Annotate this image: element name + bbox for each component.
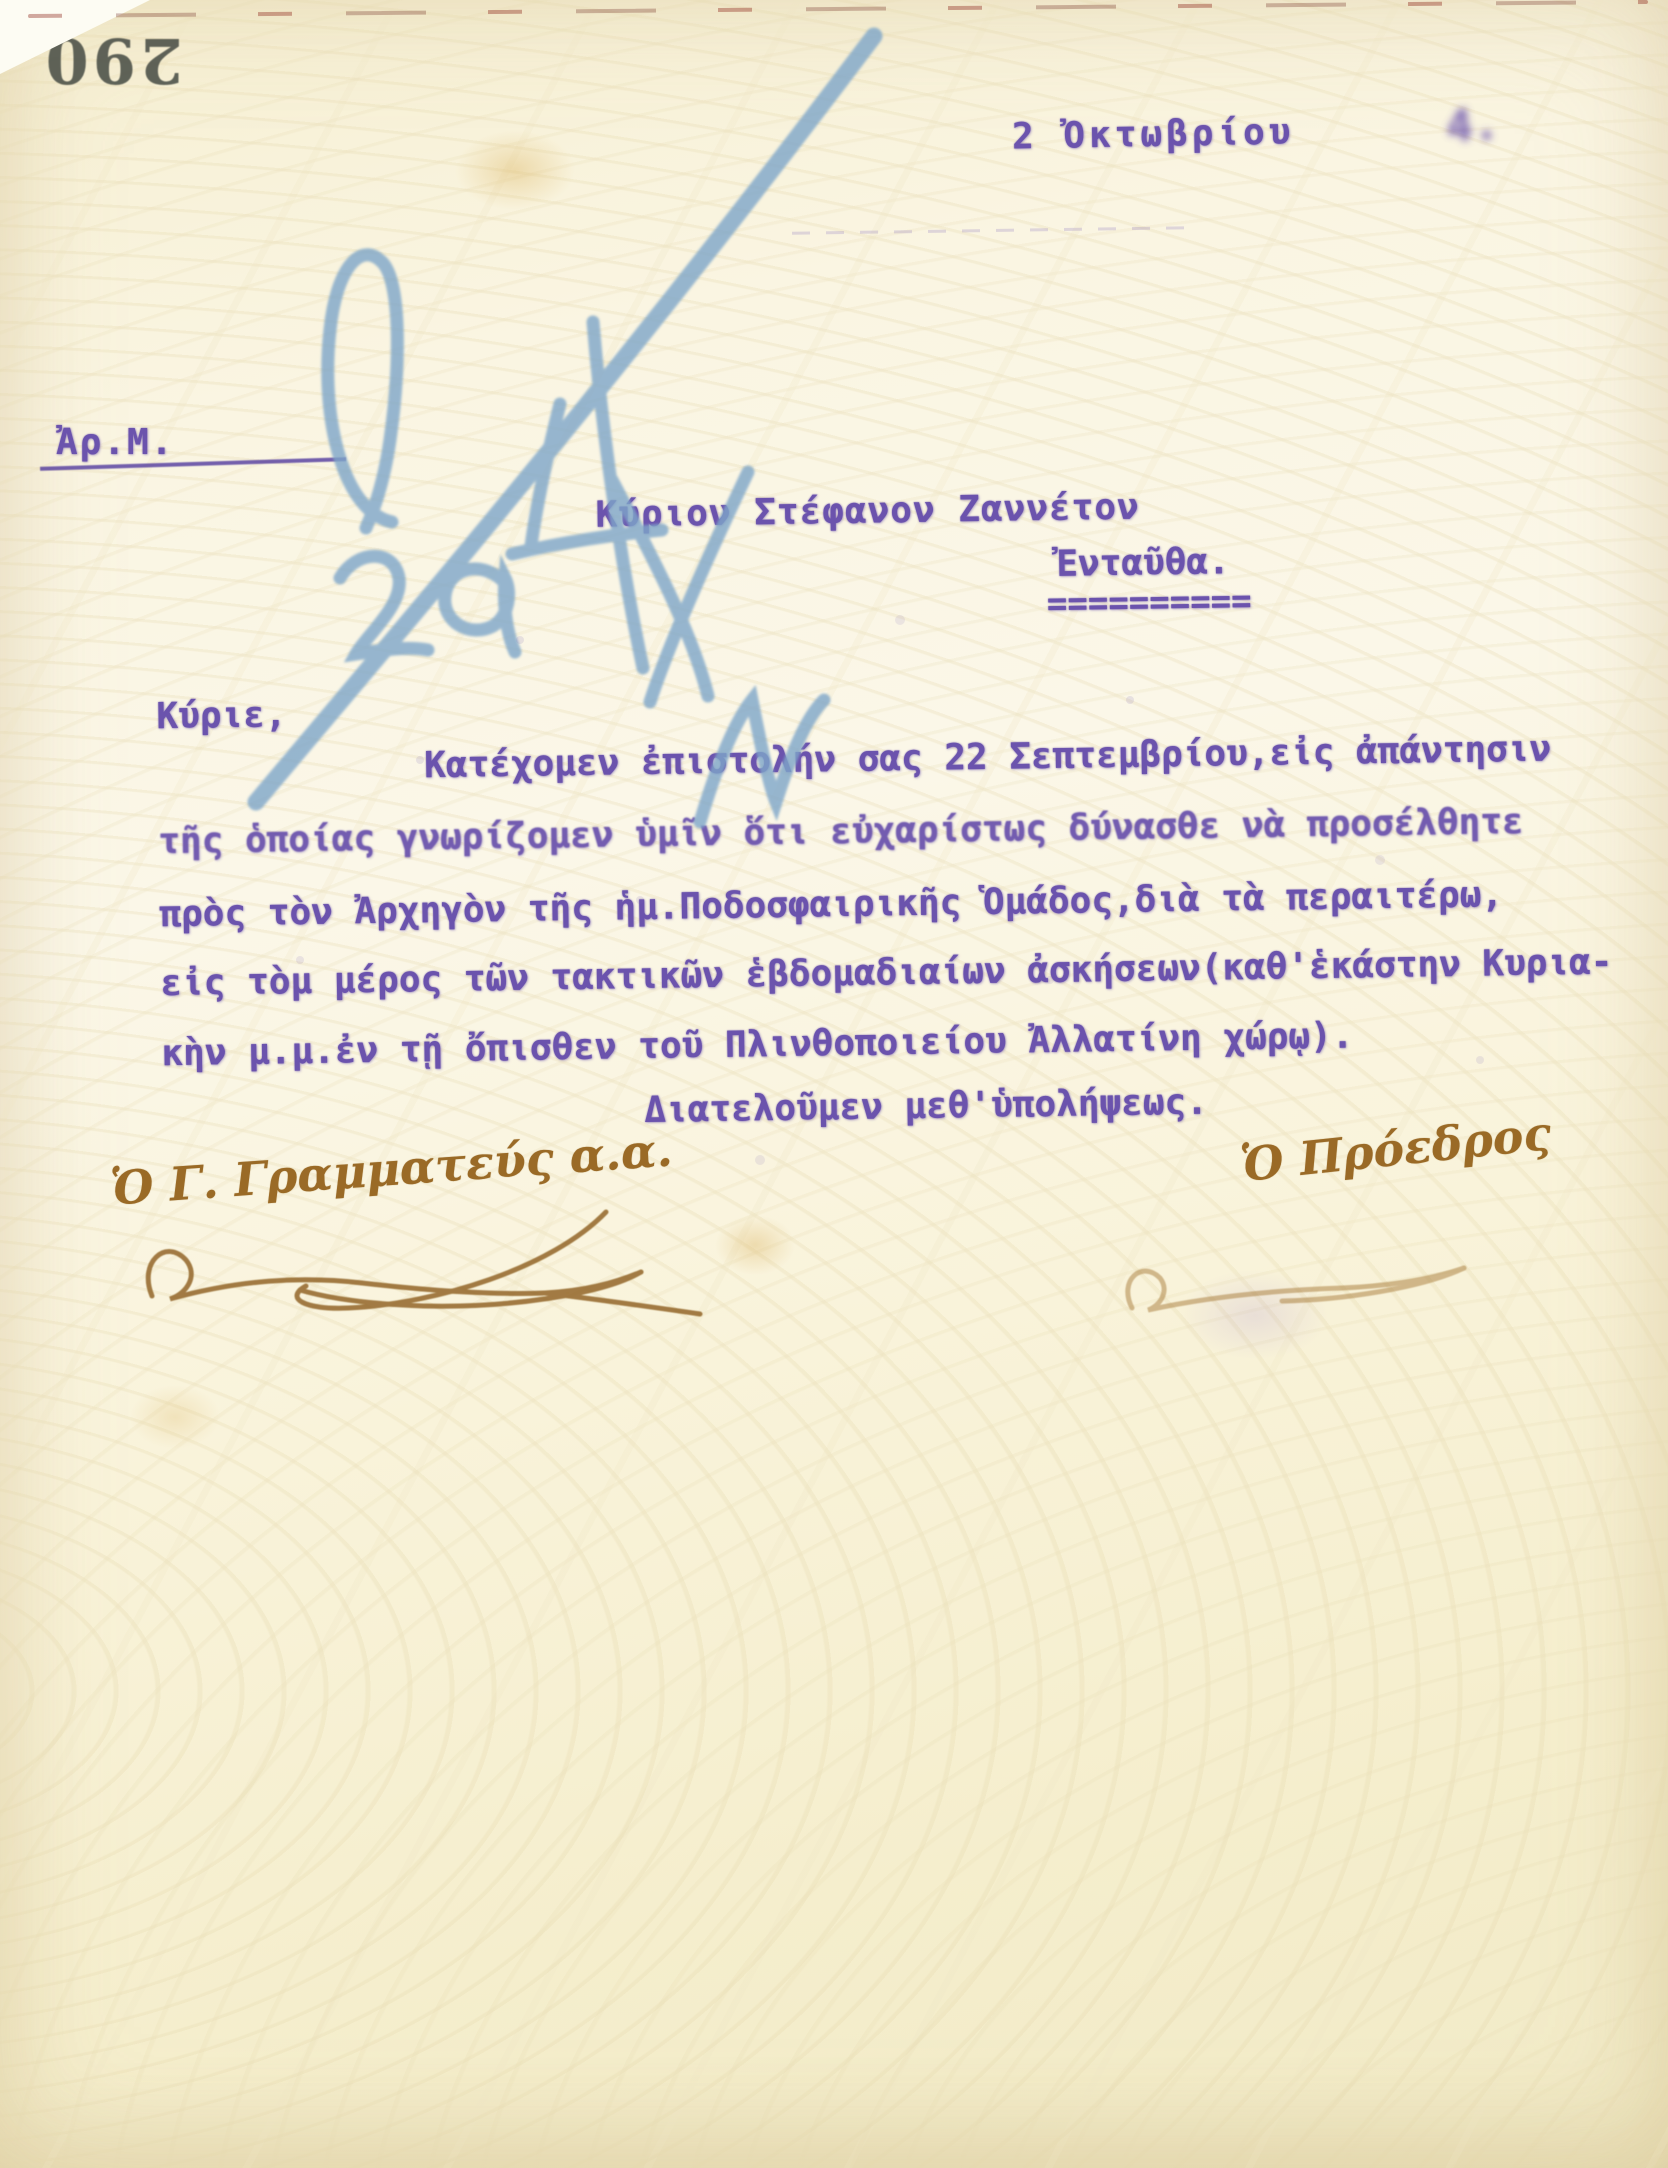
typed-letter-content: Κύριον Στέφανον Ζαννέτον Ἐνταῦθα. ======… bbox=[0, 0, 1668, 2168]
body-line: Κατέχομεν ἐπιστολήν σας 22 Σεπτεμβρίου,ε… bbox=[424, 729, 1552, 787]
body-line: εἰς τὸμ μέρος τῶν τακτικῶν ἑβδομαδιαίων … bbox=[160, 942, 1613, 1005]
scanned-letter-page: 290 2 Ὀκτωβρίου 4. Ἀρ.Μ. Κύριον Στέφανον… bbox=[0, 0, 1668, 2168]
recipient-name: Κύριον Στέφανον Ζαννέτον bbox=[595, 487, 1140, 536]
body-line: κὴν μ.μ.ἐν τῇ ὄπισθεν τοῦ Πλινθοποιείου … bbox=[161, 1016, 1354, 1075]
body-line: πρὸς τὸν Ἀρχηγὸν τῆς ἡμ.Ποδοσφαιρικῆς Ὁμ… bbox=[159, 874, 1503, 935]
recipient-underline: ========== bbox=[1047, 581, 1252, 624]
salutation: Κύριε, bbox=[156, 694, 287, 737]
recipient-location: Ἐνταῦθα. bbox=[1056, 541, 1230, 585]
body-line: τῆς ὁποίας γνωρίζομεν ὑμῖν ὅτι εὐχαρίστω… bbox=[158, 801, 1524, 862]
closing-formula: Διατελοῦμεν μεθ'ὑπολήψεως. bbox=[644, 1082, 1208, 1131]
